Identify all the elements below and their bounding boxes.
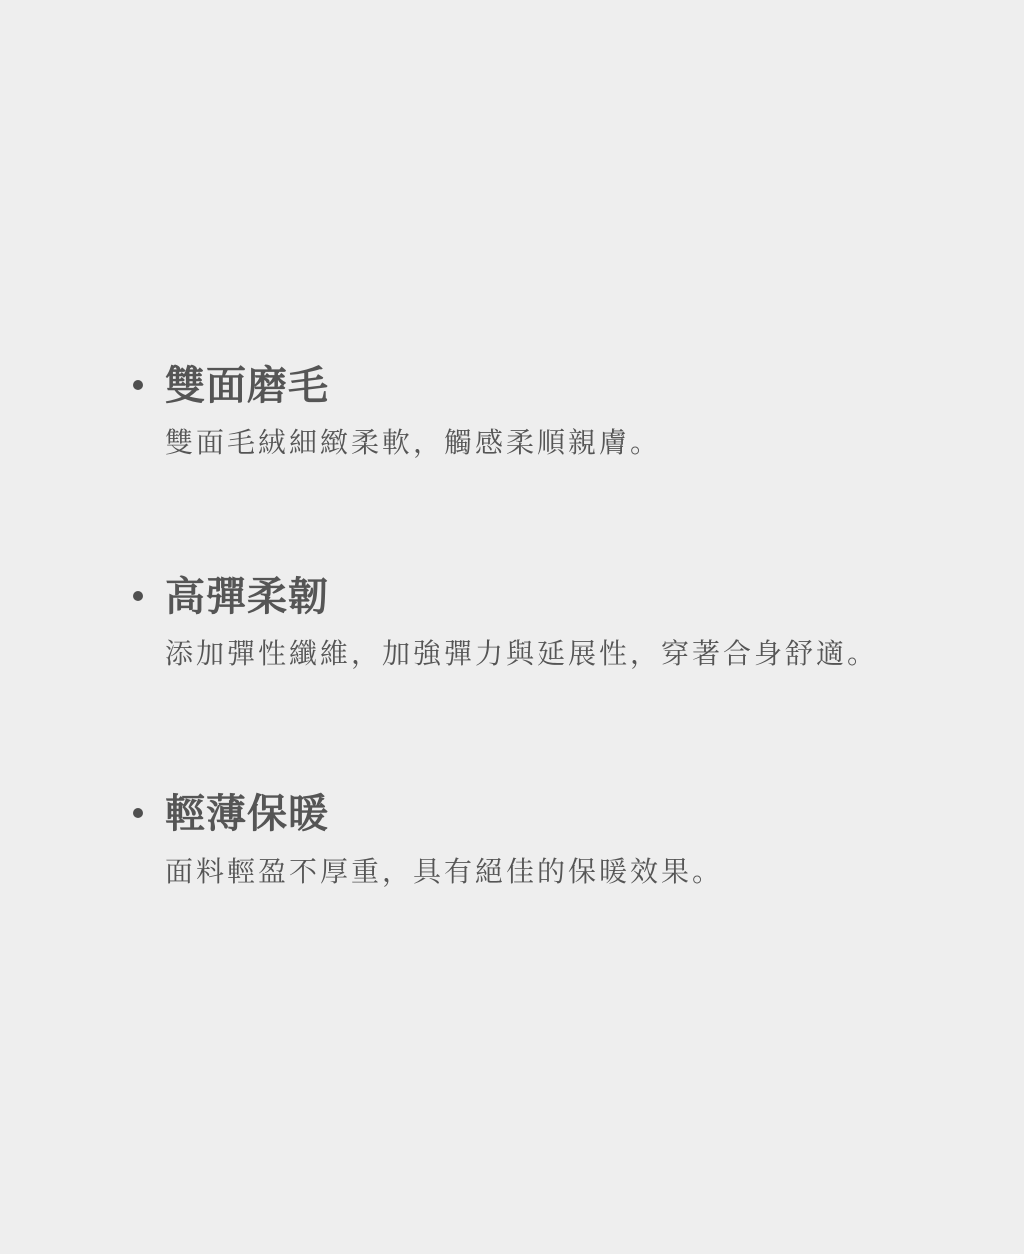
bullet-dot-icon bbox=[133, 808, 143, 818]
feature-description: 雙面毛絨細緻柔軟，觸感柔順親膚。 bbox=[165, 425, 661, 461]
feature-title: 輕薄保暖 bbox=[165, 790, 329, 838]
feature-description: 面料輕盈不厚重，具有絕佳的保暖效果。 bbox=[165, 854, 723, 890]
feature-title: 高彈柔韌 bbox=[165, 573, 329, 621]
feature-title: 雙面磨毛 bbox=[165, 362, 329, 410]
bullet-dot-icon bbox=[133, 380, 143, 390]
feature-description: 添加彈性纖維，加強彈力與延展性，穿著合身舒適。 bbox=[165, 636, 878, 672]
bullet-dot-icon bbox=[133, 591, 143, 601]
